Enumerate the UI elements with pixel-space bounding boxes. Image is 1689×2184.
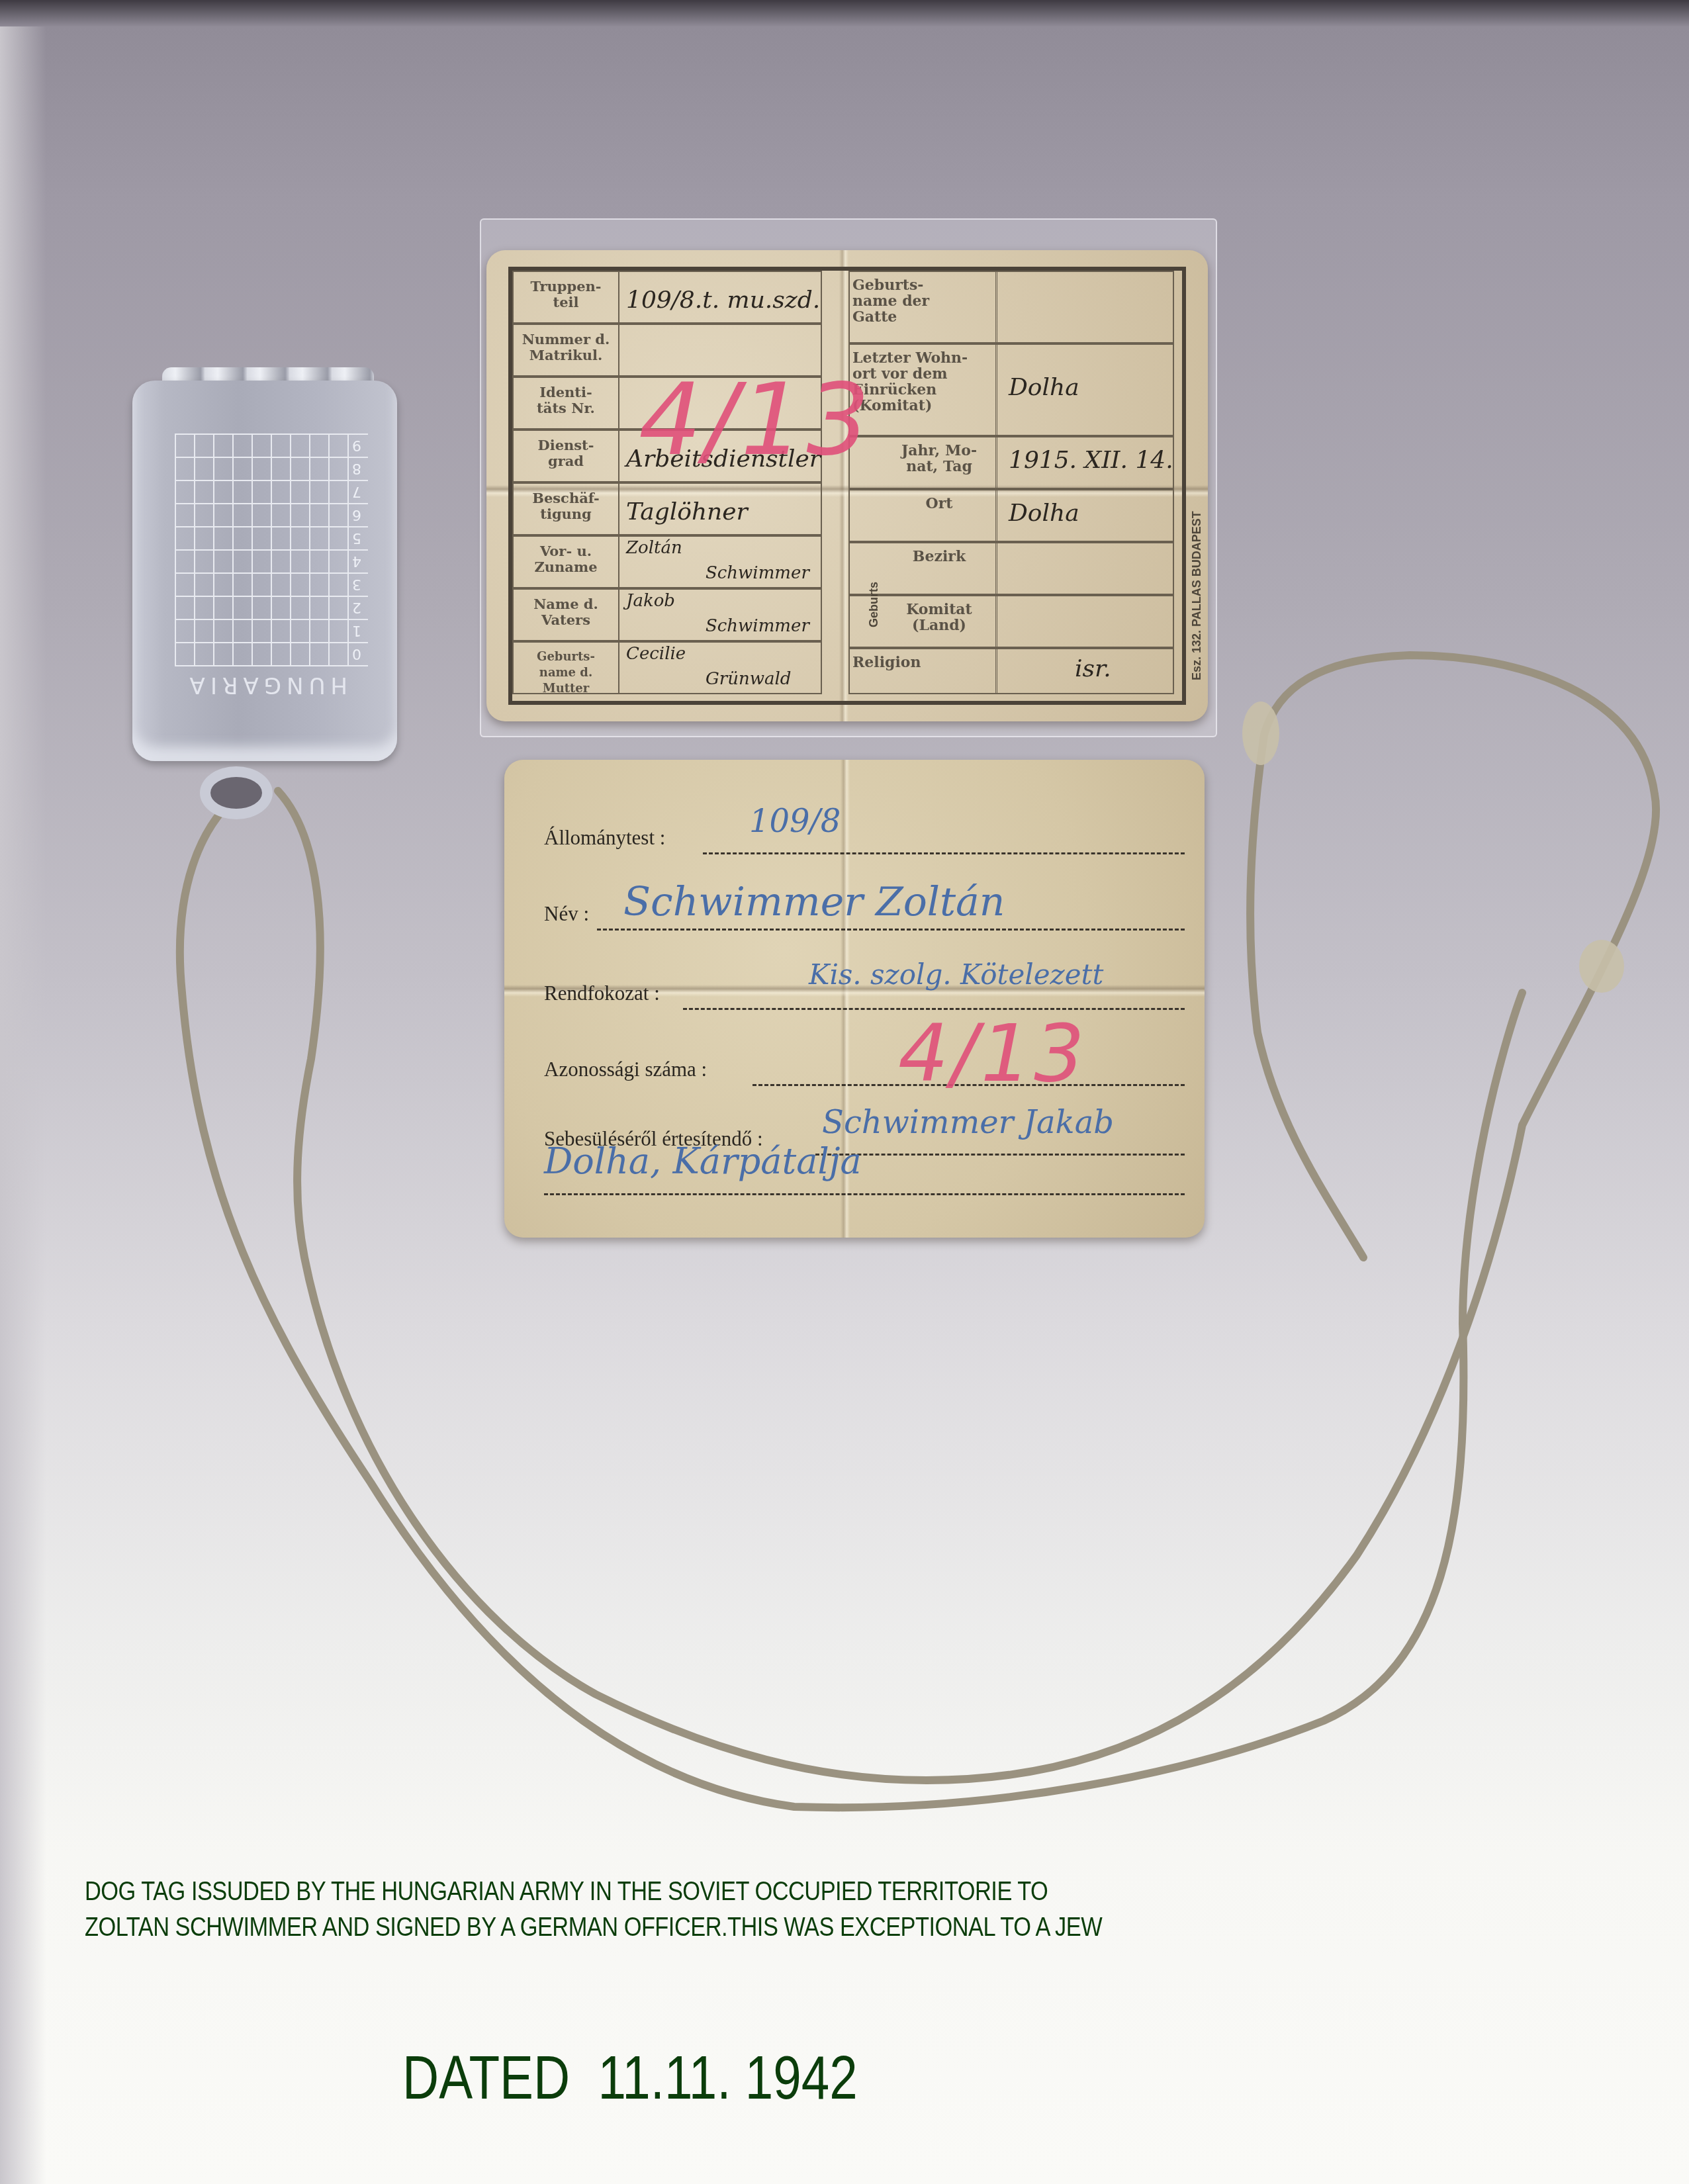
row-label: Truppen- teil: [516, 279, 616, 310]
caption-line-2: ZOLTAN SCHWIMMER AND SIGNED BY A GERMAN …: [85, 1913, 1102, 1942]
form-row: Truppen- teil109/8.t. mu.szd.: [512, 271, 822, 324]
cord-knot-lower: [1579, 940, 1624, 993]
row-value-2: Schwimmer: [706, 616, 809, 636]
red-id-number: 4/13: [898, 1008, 1087, 1100]
form-row: Vor- u. ZunameZoltánSchwimmer: [512, 535, 822, 588]
form-row: Geburts- name der Gatte: [848, 271, 1174, 343]
row-value: 109/8.t. mu.szd.: [626, 287, 820, 314]
printer-mark: Esz. 132. PALLAS BUDAPEST: [1190, 511, 1204, 680]
row-value: Dolha: [1009, 374, 1079, 401]
caption-date: DATED 11.11. 1942: [402, 2044, 858, 2113]
form-value: Schwimmer Jakab: [822, 1104, 1114, 1141]
row-label: Name d. Vaters: [516, 596, 616, 628]
row-label: Bezirk: [890, 549, 989, 565]
tag-digit: 8: [352, 460, 361, 477]
row-label: Komitat (Land): [890, 602, 989, 633]
form-row: Bezirk: [848, 542, 1174, 595]
hungarian-id-card: Állománytest :109/8Név :Schwimmer Zoltán…: [504, 760, 1205, 1238]
tag-digit: 2: [352, 599, 361, 615]
form-line: [815, 1154, 1185, 1156]
row-value: Jakob: [626, 591, 675, 611]
tag-digit: 6: [352, 506, 361, 523]
row-value: Cecilie: [626, 644, 686, 664]
row-label: Identi- täts Nr.: [516, 385, 616, 416]
vertical-label: Geburts: [867, 582, 881, 627]
row-value: isr.: [1075, 655, 1111, 682]
row-label: Geburts- name d. Mutter: [516, 649, 616, 697]
cord-knot-upper: [1242, 702, 1279, 765]
tag-ring: [200, 766, 273, 819]
form-row: Letzter Wohn- ort vor dem Einrücken (Kom…: [848, 343, 1174, 436]
form-value: Kis. szolg. Kötelezett: [809, 958, 1103, 991]
tag-digit: 7: [352, 483, 361, 500]
row-label: Dienst- grad: [516, 437, 616, 469]
address-value: Dolha, Kárpátalja: [544, 1140, 862, 1182]
tag-engraving: HUNGARIA: [189, 672, 347, 698]
tag-digit: 0: [352, 645, 361, 662]
form-row: Jahr, Mo- nat, Tag1915. XII. 14.: [848, 436, 1174, 489]
row-label: Religion: [852, 655, 988, 670]
form-row: OrtDolha: [848, 489, 1174, 542]
form-line: [703, 852, 1185, 854]
tag-digit: 4: [352, 553, 361, 569]
row-label: Nummer d. Matrikul.: [516, 332, 616, 363]
row-label: Beschäf- tigung: [516, 490, 616, 522]
red-id-number: 4/13: [639, 363, 872, 478]
form-row: Name d. VatersJakobSchwimmer: [512, 588, 822, 641]
tag-engraved-grid: [175, 433, 368, 665]
row-value: Zoltán: [626, 538, 682, 558]
tag-digit: 1: [352, 622, 361, 639]
row-label: Vor- u. Zuname: [516, 543, 616, 575]
german-id-card: Truppen- teil109/8.t. mu.szd.Nummer d. M…: [486, 250, 1208, 721]
form-label: Állománytest :: [544, 826, 665, 850]
form-label: Azonossági száma :: [544, 1058, 707, 1081]
row-label: Letzter Wohn- ort vor dem Einrücken (Kom…: [852, 350, 988, 414]
row-value: 1915. XII. 14.: [1009, 447, 1173, 474]
tag-digit: 3: [352, 576, 361, 592]
tag-digit: 9: [352, 437, 361, 453]
row-label: Ort: [890, 496, 989, 512]
row-value: Dolha: [1009, 500, 1079, 527]
form-line: [597, 929, 1185, 931]
form-value: 109/8: [749, 803, 841, 840]
form-row: Komitat (Land): [848, 595, 1174, 648]
row-value-2: Schwimmer: [706, 563, 809, 583]
row-value: Taglöhner: [626, 498, 748, 525]
form-row: Geburts- name d. MutterCecilieGrünwald: [512, 641, 822, 694]
form-label: Név :: [544, 902, 589, 926]
row-value-2: Grünwald: [706, 669, 791, 689]
form-label: Rendfokozat :: [544, 981, 660, 1005]
row-label: Jahr, Mo- nat, Tag: [890, 443, 989, 475]
row-label: Geburts- name der Gatte: [852, 277, 988, 325]
form-value: Schwimmer Zoltán: [623, 879, 1005, 925]
form-row: Religionisr.: [848, 648, 1174, 694]
form-row: Beschäf- tigungTaglöhner: [512, 482, 822, 535]
tag-digit: 5: [352, 529, 361, 546]
caption-line-1: DOG TAG ISSUDED BY THE HUNGARIAN ARMY IN…: [85, 1877, 1048, 1907]
